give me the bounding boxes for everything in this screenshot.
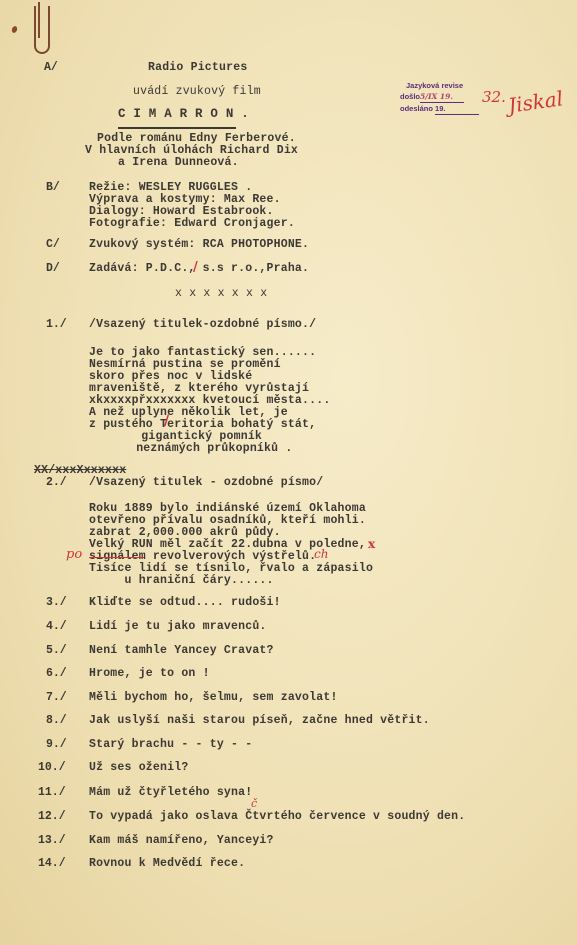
title-underline xyxy=(118,127,236,129)
entry-8-text: Jak uslyší naši starou píseň, začne hned… xyxy=(89,714,430,727)
entry-7-text: Měli bychom ho, šelmu, sem zavolat! xyxy=(89,691,338,704)
entry-2-number: 2./ xyxy=(46,476,67,489)
stamp-year-handwritten: 32. xyxy=(482,88,506,106)
entry-10-number: 10./ xyxy=(38,761,66,774)
entry-2-heading: /Vsazený titulek - ozdobné písmo/ xyxy=(89,476,323,489)
signature: Jiskal xyxy=(507,86,565,117)
red-slash-mark: / xyxy=(193,260,198,275)
entry-11-text: Mám už čtyřletého syna! xyxy=(89,786,252,799)
studio-name: Radio Pictures xyxy=(148,61,247,74)
entry-2-body-7: u hraniční čáry...... xyxy=(89,574,274,587)
entry-7-number: 7./ xyxy=(46,691,67,704)
entry-14-text: Rovnou k Medvědí řece. xyxy=(89,857,245,870)
red-x-mark: x xyxy=(368,537,375,551)
entry-1-number: 1./ xyxy=(46,318,67,331)
entry-12-text: To vypadá jako oslava Čtvrtého července … xyxy=(89,810,465,823)
entry-11-number: 11./ xyxy=(38,786,66,799)
stamp-sent-label: odesláno xyxy=(400,104,433,113)
presents-line: uvádí zvukový film xyxy=(133,85,261,98)
entry-14-number: 14./ xyxy=(38,857,66,870)
stamp-title: Jazyková revise xyxy=(400,80,479,91)
entry-8-number: 8./ xyxy=(46,714,67,727)
entry-4-number: 4./ xyxy=(46,620,67,633)
red-insert-ch: ch xyxy=(314,547,328,561)
ink-mark xyxy=(11,25,18,33)
section-c-marker: C/ xyxy=(46,238,60,251)
entry-5-number: 5./ xyxy=(46,644,67,657)
stamp-received-label: došlo xyxy=(400,92,420,101)
credit-line-3: a Irena Dunneová. xyxy=(118,156,239,169)
entry-3-text: Kliďte se odtud.... rudoši! xyxy=(89,596,281,609)
language-revision-stamp: Jazyková revise došlo5/IX 19. odesláno 1… xyxy=(400,80,479,115)
entry-12-number: 12./ xyxy=(38,810,66,823)
red-correction-c: č xyxy=(251,797,257,810)
section-b-marker: B/ xyxy=(46,181,60,194)
distributor-line: Zadává: P.D.C., s.s r.o.,Praha. xyxy=(89,262,309,275)
entry-5-text: Není tamhle Yancey Cravat? xyxy=(89,644,274,657)
entry-4-text: Lidí je tu jako mravenců. xyxy=(89,620,267,633)
red-insert-po: po xyxy=(66,547,82,562)
section-a-marker: A/ xyxy=(44,61,58,74)
section-d-marker: D/ xyxy=(46,262,60,275)
stamp-sent-value: 19. xyxy=(435,103,479,115)
sound-system-line: Zvukový systém: RCA PHOTOPHONE. xyxy=(89,238,309,251)
entry-13-text: Kam máš namířeno, Yanceyi? xyxy=(89,834,274,847)
entry-9-number: 9./ xyxy=(46,738,67,751)
stamp-received-value: 5/IX 19. xyxy=(420,91,464,103)
paper-clip-inner xyxy=(38,2,44,38)
entry-3-number: 3./ xyxy=(46,596,67,609)
entry-6-text: Hrome, je to on ! xyxy=(89,667,210,680)
photography-line: Fotografie: Edward Cronjager. xyxy=(89,217,295,230)
entry-9-text: Starý brachu - - ty - - xyxy=(89,738,252,751)
entry-1-heading: /Vsazený titulek-ozdobné písmo./ xyxy=(89,318,316,331)
entry-1-body-9: neznámých průkopníků . xyxy=(122,442,292,455)
entry-13-number: 13./ xyxy=(38,834,66,847)
entry-10-text: Už ses oženil? xyxy=(89,761,188,774)
red-correction-mark: / xyxy=(164,413,169,429)
red-strike-signalem xyxy=(89,557,144,558)
entry-6-number: 6./ xyxy=(46,667,67,680)
film-title: C I M A R R O N . xyxy=(118,108,249,121)
separator-line: x x x x x x x xyxy=(175,287,267,300)
